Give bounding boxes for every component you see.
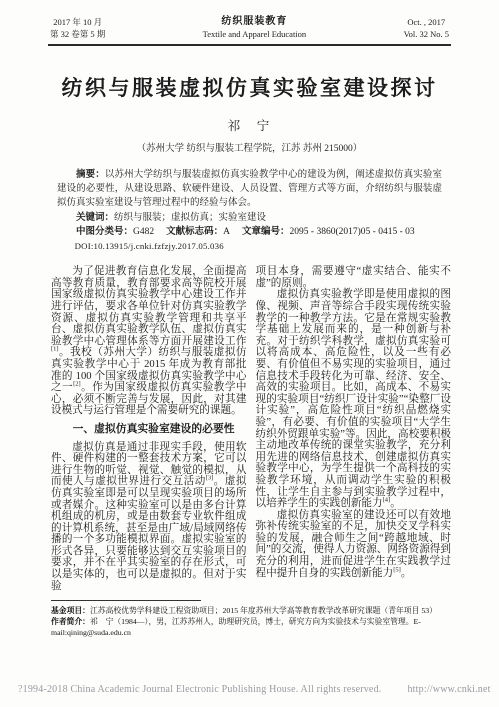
- header-date-en: Oct. , 2017: [404, 16, 449, 28]
- bio-text: 祁 宁（1984—），男，江苏苏州人，助理研究员，博士，研究方向为实验技术与实验…: [51, 617, 421, 637]
- doccode-label: 文献标志码：: [166, 227, 223, 237]
- header-volume-cn: 第 32 卷第 5 期: [50, 28, 105, 40]
- fund-line: 基金项目：江苏高校优势学科建设工程资助项目；2015 年度苏州大学高等教育教学改…: [51, 605, 455, 616]
- article-body: 为了促进教育信息化发展，全面提高高等教育质量，教育部要求高等院校开展国家级虚拟仿…: [51, 266, 451, 592]
- body-paragraph: 为了促进教育信息化发展，全面提高高等教育质量，教育部要求高等院校开展国家级虚拟仿…: [51, 266, 247, 417]
- keywords-label: 关键词：: [76, 213, 114, 223]
- body-paragraph: 虚拟仿真实验教学即是使用虚拟的图像、视频、声音等综合手段实现传统实验教学的一种教…: [256, 289, 452, 509]
- cnki-url: http://www.cnki.net: [407, 684, 490, 695]
- abstract-block: 摘要：以苏州大学纺织与服装虚拟仿真实验教学中心的建设为例，阐述虚拟仿真实验室建设…: [57, 168, 442, 253]
- paper-page: 2017 年 10 月 第 32 卷第 5 期 纺织服装教育 Textile a…: [0, 0, 499, 707]
- author-affiliation: （苏州大学 纺织与服装工程学院，江苏 苏州 215000）: [0, 140, 499, 154]
- journal-name: 纺织服装教育 Textile and Apparel Education: [203, 16, 307, 40]
- doi-line: DOI:10.13915/j.cnki.fzfzjy.2017.05.036: [57, 239, 442, 253]
- body-column-left: 为了促进教育信息化发展，全面提高高等教育质量，教育部要求高等院校开展国家级虚拟仿…: [51, 266, 247, 592]
- fund-text: 江苏高校优势学科建设工程资助项目；2015 年度苏州大学高等教育教学改革研究课题…: [90, 606, 437, 615]
- author-bio-line: 作者简介：祁 宁（1984—），男，江苏苏州人，助理研究员，博士，研究方向为实验…: [51, 616, 455, 638]
- doccode-value: A: [223, 227, 230, 237]
- footnote-block: 基金项目：江苏高校优势学科建设工程资助项目；2015 年度苏州大学高等教育教学改…: [51, 600, 455, 638]
- header-issue-info-en: Oct. , 2017 Vol. 32 No. 5: [404, 16, 449, 40]
- section-heading: 一、虚拟仿真实验室建设的必要性: [51, 424, 247, 436]
- body-column-right: 项目本身，需要遵守“虚实结合、能实不虚”的原则。虚拟仿真实验教学即是使用虚拟的图…: [256, 266, 452, 592]
- classification-line: 中图分类号：G482文献标志码：A文章编号：2095 - 3860(2017)0…: [57, 225, 442, 239]
- abstract-label: 摘要：: [76, 170, 105, 180]
- journal-name-cn: 纺织服装教育: [203, 16, 307, 28]
- page-title: 纺织与服装虚拟仿真实验室建设探讨: [0, 72, 499, 102]
- journal-header: 2017 年 10 月 第 32 卷第 5 期 纺织服装教育 Textile a…: [50, 16, 449, 40]
- fund-label: 基金项目：: [51, 606, 90, 615]
- keywords-text: 纺织与服装；虚拟仿真；实验室建设: [114, 213, 266, 223]
- bio-label: 作者简介：: [51, 617, 90, 626]
- header-rule: [48, 44, 451, 46]
- clc-value: G482: [133, 227, 154, 237]
- keywords: 关键词：纺织与服装；虚拟仿真；实验室建设: [57, 211, 442, 225]
- body-paragraph: 虚拟仿真是通过非现实手段，使用软件、硬件构建的一整套技术方案，它可以进行生物的听…: [51, 442, 247, 593]
- clc-label: 中图分类号：: [76, 227, 133, 237]
- body-paragraph: 虚拟仿真实验室的建设还可以有效地弥补传统实验室的不足，加快交叉学科实验的发展，融…: [256, 510, 452, 580]
- abstract-text: 以苏州大学纺织与服装虚拟仿真实验教学中心的建设为例，阐述虚拟仿真实验室建设的必要…: [57, 170, 442, 208]
- articleid-label: 文章编号：: [242, 227, 290, 237]
- articleid-value: 2095 - 3860(2017)05 - 0415 - 03: [290, 227, 415, 237]
- author-name: 祁 宁: [0, 116, 499, 134]
- header-date-cn: 2017 年 10 月: [50, 16, 105, 28]
- footnote-rule: [51, 600, 201, 601]
- abstract: 摘要：以苏州大学纺织与服装虚拟仿真实验教学中心的建设为例，阐述虚拟仿真实验室建设…: [57, 168, 442, 211]
- header-volume-en: Vol. 32 No. 5: [404, 28, 449, 40]
- cnki-watermark: ?1994-2018 China Academic Journal Electr…: [18, 684, 491, 695]
- body-paragraph: 项目本身，需要遵守“虚实结合、能实不虚”的原则。: [256, 266, 452, 289]
- copyright-text: ?1994-2018 China Academic Journal Electr…: [18, 684, 381, 695]
- header-issue-info: 2017 年 10 月 第 32 卷第 5 期: [50, 16, 105, 40]
- journal-name-en: Textile and Apparel Education: [203, 28, 307, 40]
